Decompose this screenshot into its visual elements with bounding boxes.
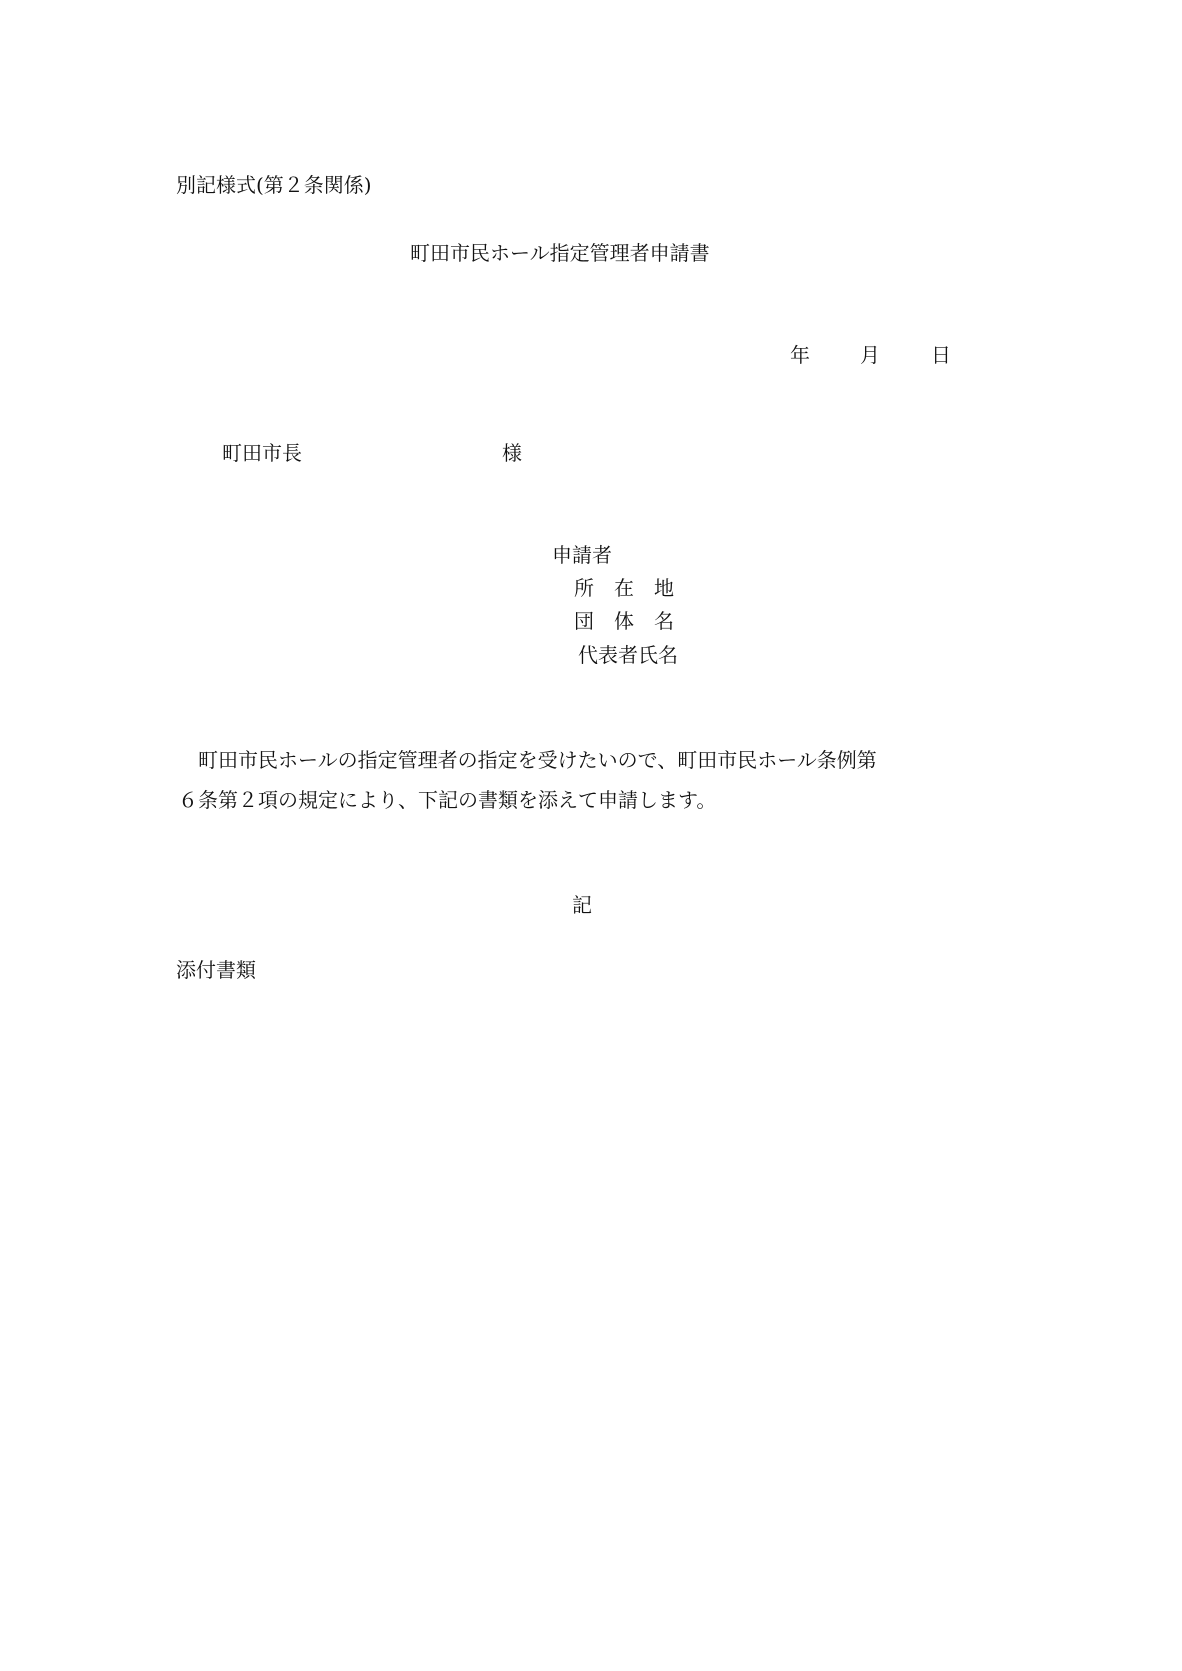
attachments-label: 添付書類 bbox=[176, 958, 256, 982]
body-line-1: 町田市民ホールの指定管理者の指定を受けたいので、町田市民ホール条例第 bbox=[178, 748, 877, 772]
applicant-field-organization: 団 体 名 bbox=[574, 609, 674, 633]
date-day-label: 日 bbox=[931, 343, 951, 367]
document-title: 町田市民ホール指定管理者申請書 bbox=[410, 241, 710, 265]
addressee-honorific: 様 bbox=[502, 441, 522, 465]
applicant-field-representative: 代表者氏名 bbox=[578, 643, 678, 667]
body-line-2: ６条第２項の規定により、下記の書類を添えて申請します。 bbox=[178, 788, 716, 812]
date-year-label: 年 bbox=[790, 343, 810, 367]
applicant-heading: 申請者 bbox=[552, 543, 612, 567]
addressee-name: 町田市長 bbox=[222, 441, 302, 465]
applicant-field-address: 所 在 地 bbox=[574, 576, 674, 600]
form-label: 別記様式(第２条関係) bbox=[176, 173, 372, 197]
ki-heading: 記 bbox=[572, 893, 592, 917]
date-month-label: 月 bbox=[860, 343, 880, 367]
